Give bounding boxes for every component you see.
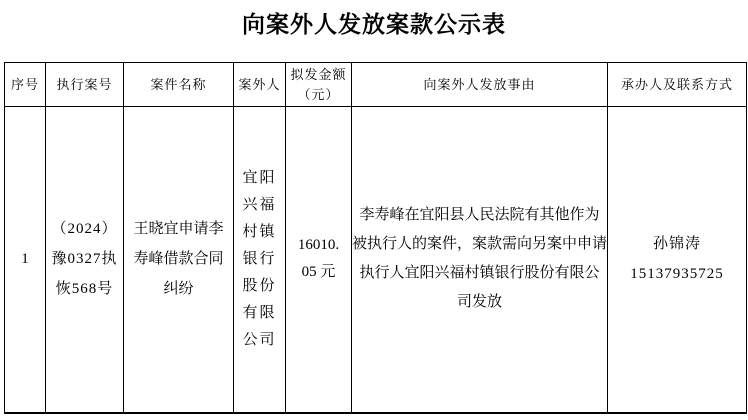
table-row: 1 （2024） 豫0327执 恢568号 王晓宜申请李 寿峰借款合同 纠纷 宜…: [5, 107, 747, 413]
cell-amount: 16010. 05 元: [286, 107, 352, 413]
case-funds-table: 序号 执行案号 案件名称 案外人 拟发金额 （元） 向案外人发放事由 承办人及联…: [4, 62, 747, 414]
page: 向案外人发放案款公示表 序号 执行案号 案件名称 案外人 拟发金额 （元） 向案…: [0, 0, 748, 420]
table-header-row: 序号 执行案号 案件名称 案外人 拟发金额 （元） 向案外人发放事由 承办人及联…: [5, 63, 747, 107]
col-header-handler: 承办人及联系方式: [608, 63, 747, 107]
col-header-amount: 拟发金额 （元）: [286, 63, 352, 107]
cell-case-number: （2024） 豫0327执 恢568号: [46, 107, 124, 413]
cell-handler-contact: 孙锦涛 15137935725: [608, 107, 747, 413]
col-header-seq: 序号: [5, 63, 46, 107]
cell-reason: 李寿峰在宜阳县人民法院有其他作为 被执行人的案件，案款需向另案中申请 执行人宜阳…: [352, 107, 608, 413]
col-header-outsider: 案外人: [234, 63, 286, 107]
cell-outsider: 宜阳 兴福 村镇 银行 股份 有限 公司: [234, 107, 286, 413]
col-header-reason: 向案外人发放事由: [352, 63, 608, 107]
col-header-case-number: 执行案号: [46, 63, 124, 107]
page-title: 向案外人发放案款公示表: [0, 6, 748, 39]
cell-case-name: 王晓宜申请李 寿峰借款合同 纠纷: [124, 107, 234, 413]
cell-seq: 1: [5, 107, 46, 413]
col-header-case-name: 案件名称: [124, 63, 234, 107]
